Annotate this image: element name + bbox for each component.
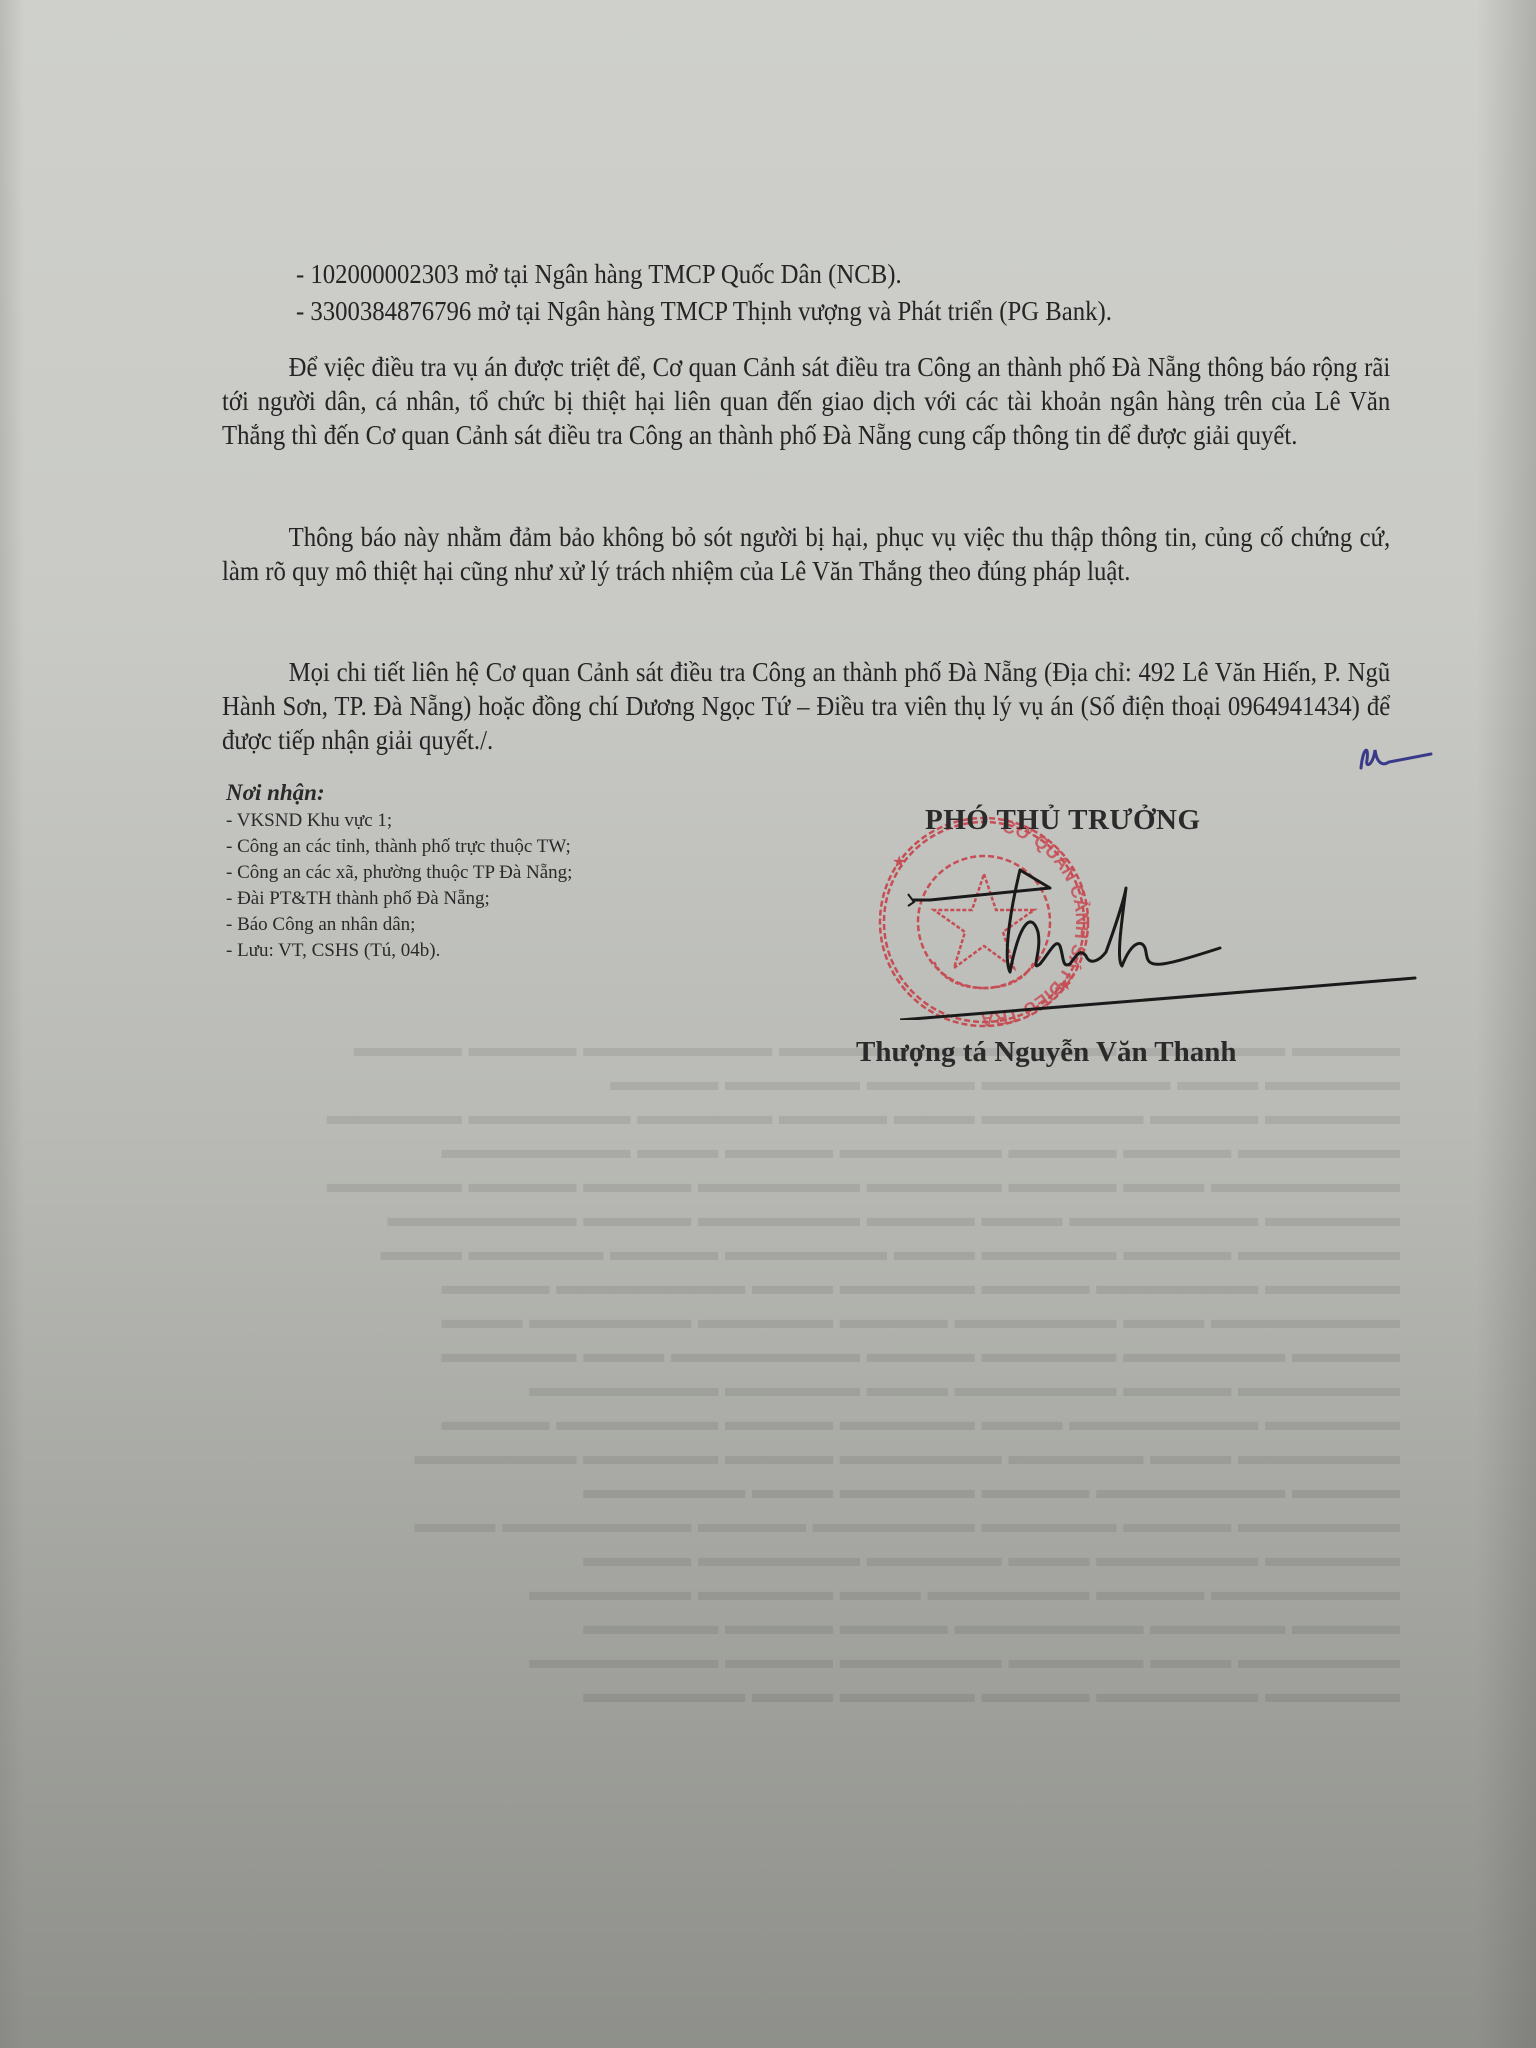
recipient-item: - Lưu: VT, CSHS (Tú, 04b). [226, 938, 572, 964]
paragraph-contact-text: Mọi chi tiết liên hệ Cơ quan Cảnh sát đi… [222, 656, 1390, 755]
paragraph-purpose: Thông báo này nhằm đảm bảo không bỏ sót … [222, 520, 1390, 588]
paragraph-investigation-notice: Để việc điều tra vụ án được triệt để, Cơ… [222, 350, 1390, 452]
handwritten-initial-icon [1355, 738, 1435, 778]
handwritten-signature-icon [900, 860, 1420, 1020]
signer-position-title: PHÓ THỦ TRƯỞNG [925, 804, 1201, 837]
account-line-ncb: - 102000002303 mở tại Ngân hàng TMCP Quố… [296, 257, 902, 291]
reverse-side-bleed-through: ▬▬▬▬ ▬▬▬▬▬▬ ▬▬▬ ▬▬▬▬▬ ▬▬▬▬ ▬▬▬▬▬▬▬ ▬▬▬▬ … [200, 1030, 1400, 1710]
account-line-pgbank: - 3300384876796 mở tại Ngân hàng TMCP Th… [296, 294, 1112, 328]
recipient-item: - VKSND Khu vực 1; [226, 808, 572, 834]
recipient-item: - Đài PT&TH thành phố Đà Nẵng; [226, 886, 572, 912]
recipient-item: - Công an các xã, phường thuộc TP Đà Nẵn… [226, 860, 572, 886]
paragraph-contact: Mọi chi tiết liên hệ Cơ quan Cảnh sát đi… [222, 655, 1390, 757]
recipients-block: Nơi nhận: - VKSND Khu vực 1; - Công an c… [226, 778, 572, 964]
page-edge-shadow-right [1476, 0, 1536, 2048]
recipient-item: - Báo Công an nhân dân; [226, 912, 572, 938]
recipients-title: Nơi nhận: [226, 778, 572, 808]
signer-name: Thượng tá Nguyễn Văn Thanh [856, 1036, 1237, 1069]
recipient-item: - Công an các tỉnh, thành phố trực thuộc… [226, 834, 572, 860]
page-edge-shadow-left [0, 0, 24, 2048]
